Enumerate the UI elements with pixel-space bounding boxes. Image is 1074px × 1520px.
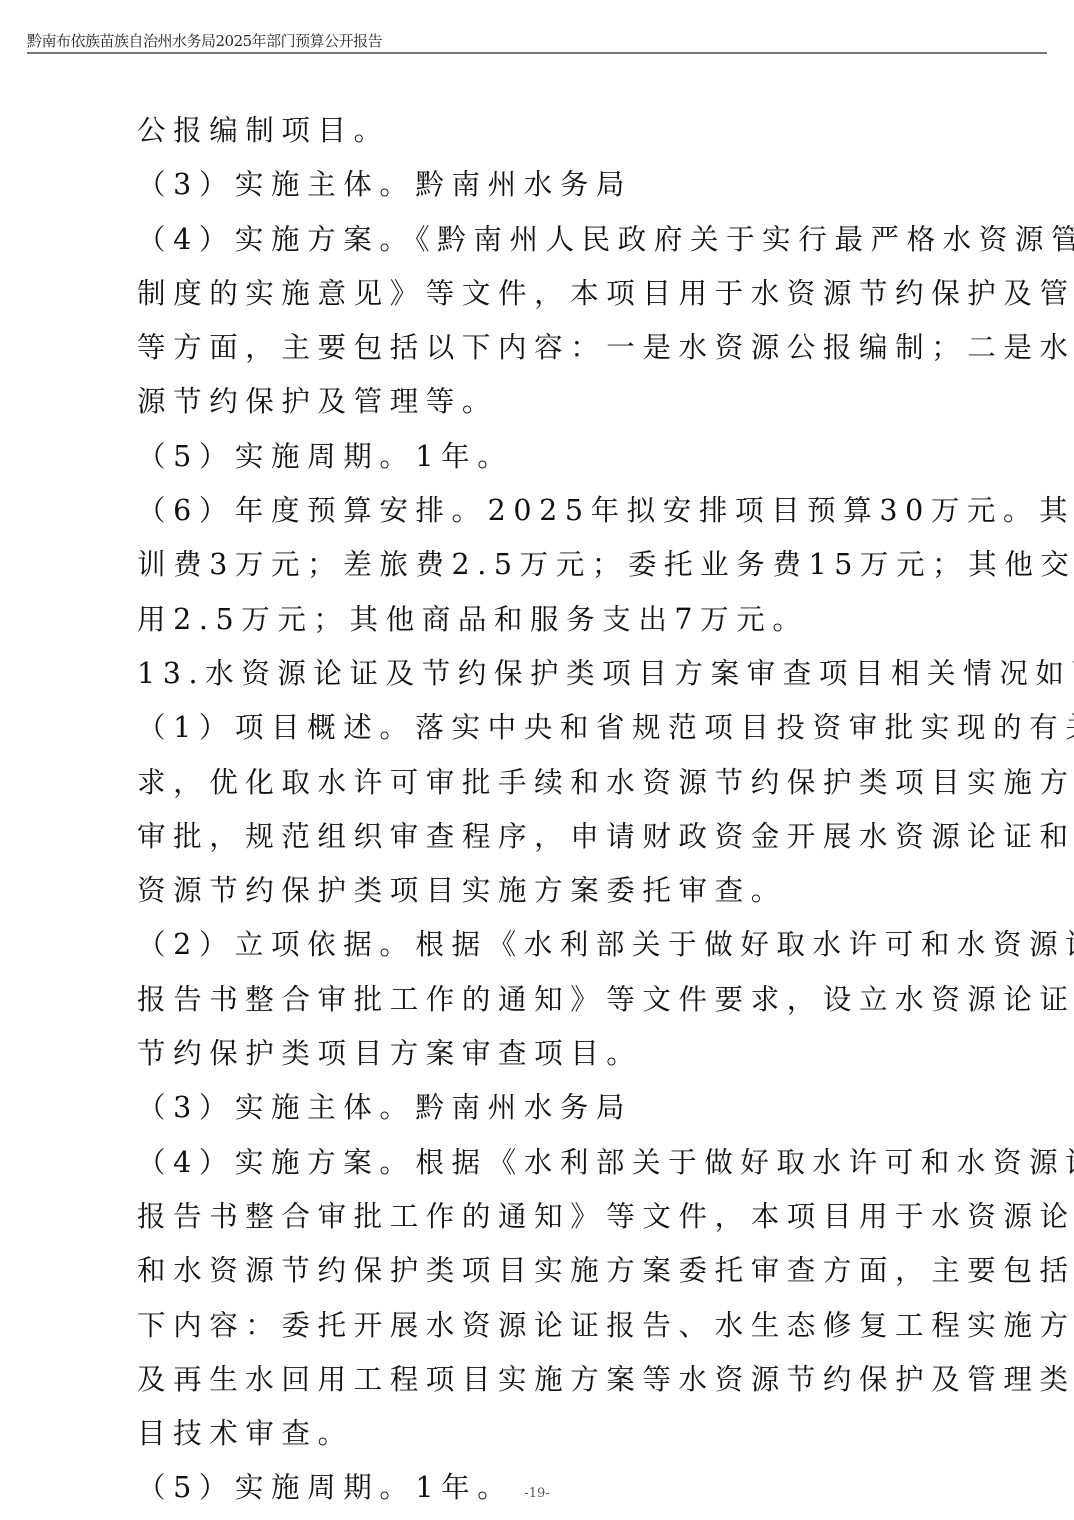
body-line: 制度的实施意见》等文件，本项目用于水资源节约保护及管理	[137, 267, 943, 321]
body-line: （4）实施方案。《黔南州人民政府关于实行最严格水资源管理	[137, 213, 943, 267]
body-line: （4）实施方案。根据《水利部关于做好取水许可和水资源论证	[137, 1136, 943, 1190]
body-line: 资源节约保护类项目实施方案委托审查。	[137, 864, 943, 918]
body-line: 公报编制项目。	[137, 104, 943, 158]
body-line: 审批，规范组织审查程序，申请财政资金开展水资源论证和水	[137, 810, 943, 864]
body-line: （5）实施周期。1年。	[137, 430, 943, 484]
body-line: （1）项目概述。落实中央和省规范项目投资审批实现的有关要	[137, 701, 943, 755]
body-line: 节约保护类项目方案审查项目。	[137, 1027, 943, 1081]
body-line: （6）年度预算安排。2025年拟安排项目预算30万元。其中：培	[137, 484, 943, 538]
body-line: 目技术审查。	[137, 1407, 943, 1461]
body-line: 报告书整合审批工作的通知》等文件要求，设立水资源论证及	[137, 973, 943, 1027]
body-line: 求，优化取水许可审批手续和水资源节约保护类项目实施方案	[137, 756, 943, 810]
document-body: 公报编制项目。 （3）实施主体。黔南州水务局 （4）实施方案。《黔南州人民政府关…	[137, 104, 943, 1516]
body-line: 下内容：委托开展水资源论证报告、水生态修复工程实施方案	[137, 1299, 943, 1353]
document-header: 黔南布依族苗族自治州水务局2025年部门预算公开报告	[27, 30, 382, 51]
page-number: -19-	[0, 1486, 1074, 1501]
body-line: 和水资源节约保护类项目实施方案委托审查方面，主要包括以	[137, 1244, 943, 1298]
header-divider	[27, 52, 1047, 54]
section-heading: 13.水资源论证及节约保护类项目方案审查项目相关情况如下：	[137, 647, 943, 701]
body-line: 等方面，主要包括以下内容：一是水资源公报编制；二是水资	[137, 321, 943, 375]
body-line: 源节约保护及管理等。	[137, 375, 943, 429]
body-line: 用2.5万元；其他商品和服务支出7万元。	[137, 593, 943, 647]
body-line: （3）实施主体。黔南州水务局	[137, 158, 943, 212]
body-line: 报告书整合审批工作的通知》等文件，本项目用于水资源论证	[137, 1190, 943, 1244]
body-line: （2）立项依据。根据《水利部关于做好取水许可和水资源论证	[137, 918, 943, 972]
body-line: 及再生水回用工程项目实施方案等水资源节约保护及管理类项	[137, 1353, 943, 1407]
body-line: （3）实施主体。黔南州水务局	[137, 1081, 943, 1135]
body-line: 训费3万元；差旅费2.5万元；委托业务费15万元；其他交通费	[137, 538, 943, 592]
